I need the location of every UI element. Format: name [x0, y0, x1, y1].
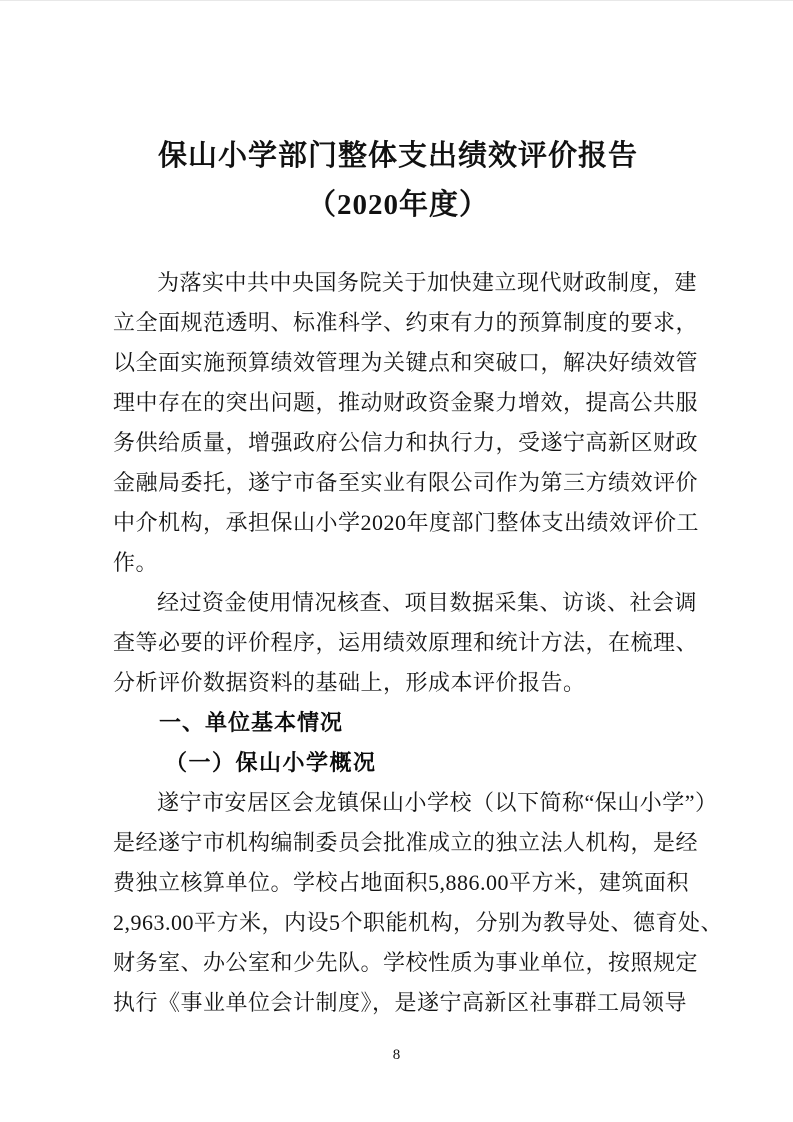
- text-line: 执行《事业单位会计制度》，是遂宁高新区社事群工局领导: [113, 983, 683, 1023]
- subsection-heading-school-overview: （一）保山小学概况: [113, 743, 683, 783]
- text-line: 经过资金使用情况核查、项目数据采集、访谈、社会调: [113, 583, 683, 623]
- text-line: 中介机构，承担保山小学2020年度部门整体支出绩效评价工: [113, 503, 683, 543]
- text-line: 分析评价数据资料的基础上，形成本评价报告。: [113, 663, 683, 703]
- page-number: 8: [0, 1045, 793, 1065]
- text-line: 立全面规范透明、标准科学、约束有力的预算制度的要求，: [113, 303, 683, 343]
- text-line: 金融局委托，遂宁市备至实业有限公司作为第三方绩效评价: [113, 463, 683, 503]
- text-line: 财务室、办公室和少先队。学校性质为事业单位，按照规定: [113, 943, 683, 983]
- text-line: 作。: [113, 543, 683, 583]
- text-line: 是经遂宁市机构编制委员会批准成立的独立法人机构，是经: [113, 823, 683, 863]
- text-line: 查等必要的评价程序，运用绩效原理和统计方法，在梳理、: [113, 623, 683, 663]
- report-title-line-2: （2020年度）: [113, 181, 683, 230]
- document-page: 保山小学部门整体支出绩效评价报告 （2020年度） 为落实中共中央国务院关于加快…: [0, 0, 793, 1122]
- text-line: 以全面实施预算绩效管理为关键点和突破口，解决好绩效管: [113, 343, 683, 383]
- section-heading-unit-basic-info: 一、单位基本情况: [113, 703, 683, 743]
- report-title: 保山小学部门整体支出绩效评价报告 （2020年度）: [113, 132, 683, 230]
- document-body: 为落实中共中央国务院关于加快建立现代财政制度，建 立全面规范透明、标准科学、约束…: [113, 263, 683, 1023]
- text-line: 遂宁市安居区会龙镇保山小学校（以下简称“保山小学”）: [113, 783, 683, 823]
- text-line: 理中存在的突出问题，推动财政资金聚力增效，提高公共服: [113, 383, 683, 423]
- text-line: 2,963.00平方米，内设5个职能机构，分别为教导处、德育处、: [113, 903, 683, 943]
- text-line: 为落实中共中央国务院关于加快建立现代财政制度，建: [113, 263, 683, 303]
- text-line: 费独立核算单位。学校占地面积5,886.00平方米，建筑面积: [113, 863, 683, 903]
- report-title-line-1: 保山小学部门整体支出绩效评价报告: [113, 132, 683, 181]
- text-line: 务供给质量，增强政府公信力和执行力，受遂宁高新区财政: [113, 423, 683, 463]
